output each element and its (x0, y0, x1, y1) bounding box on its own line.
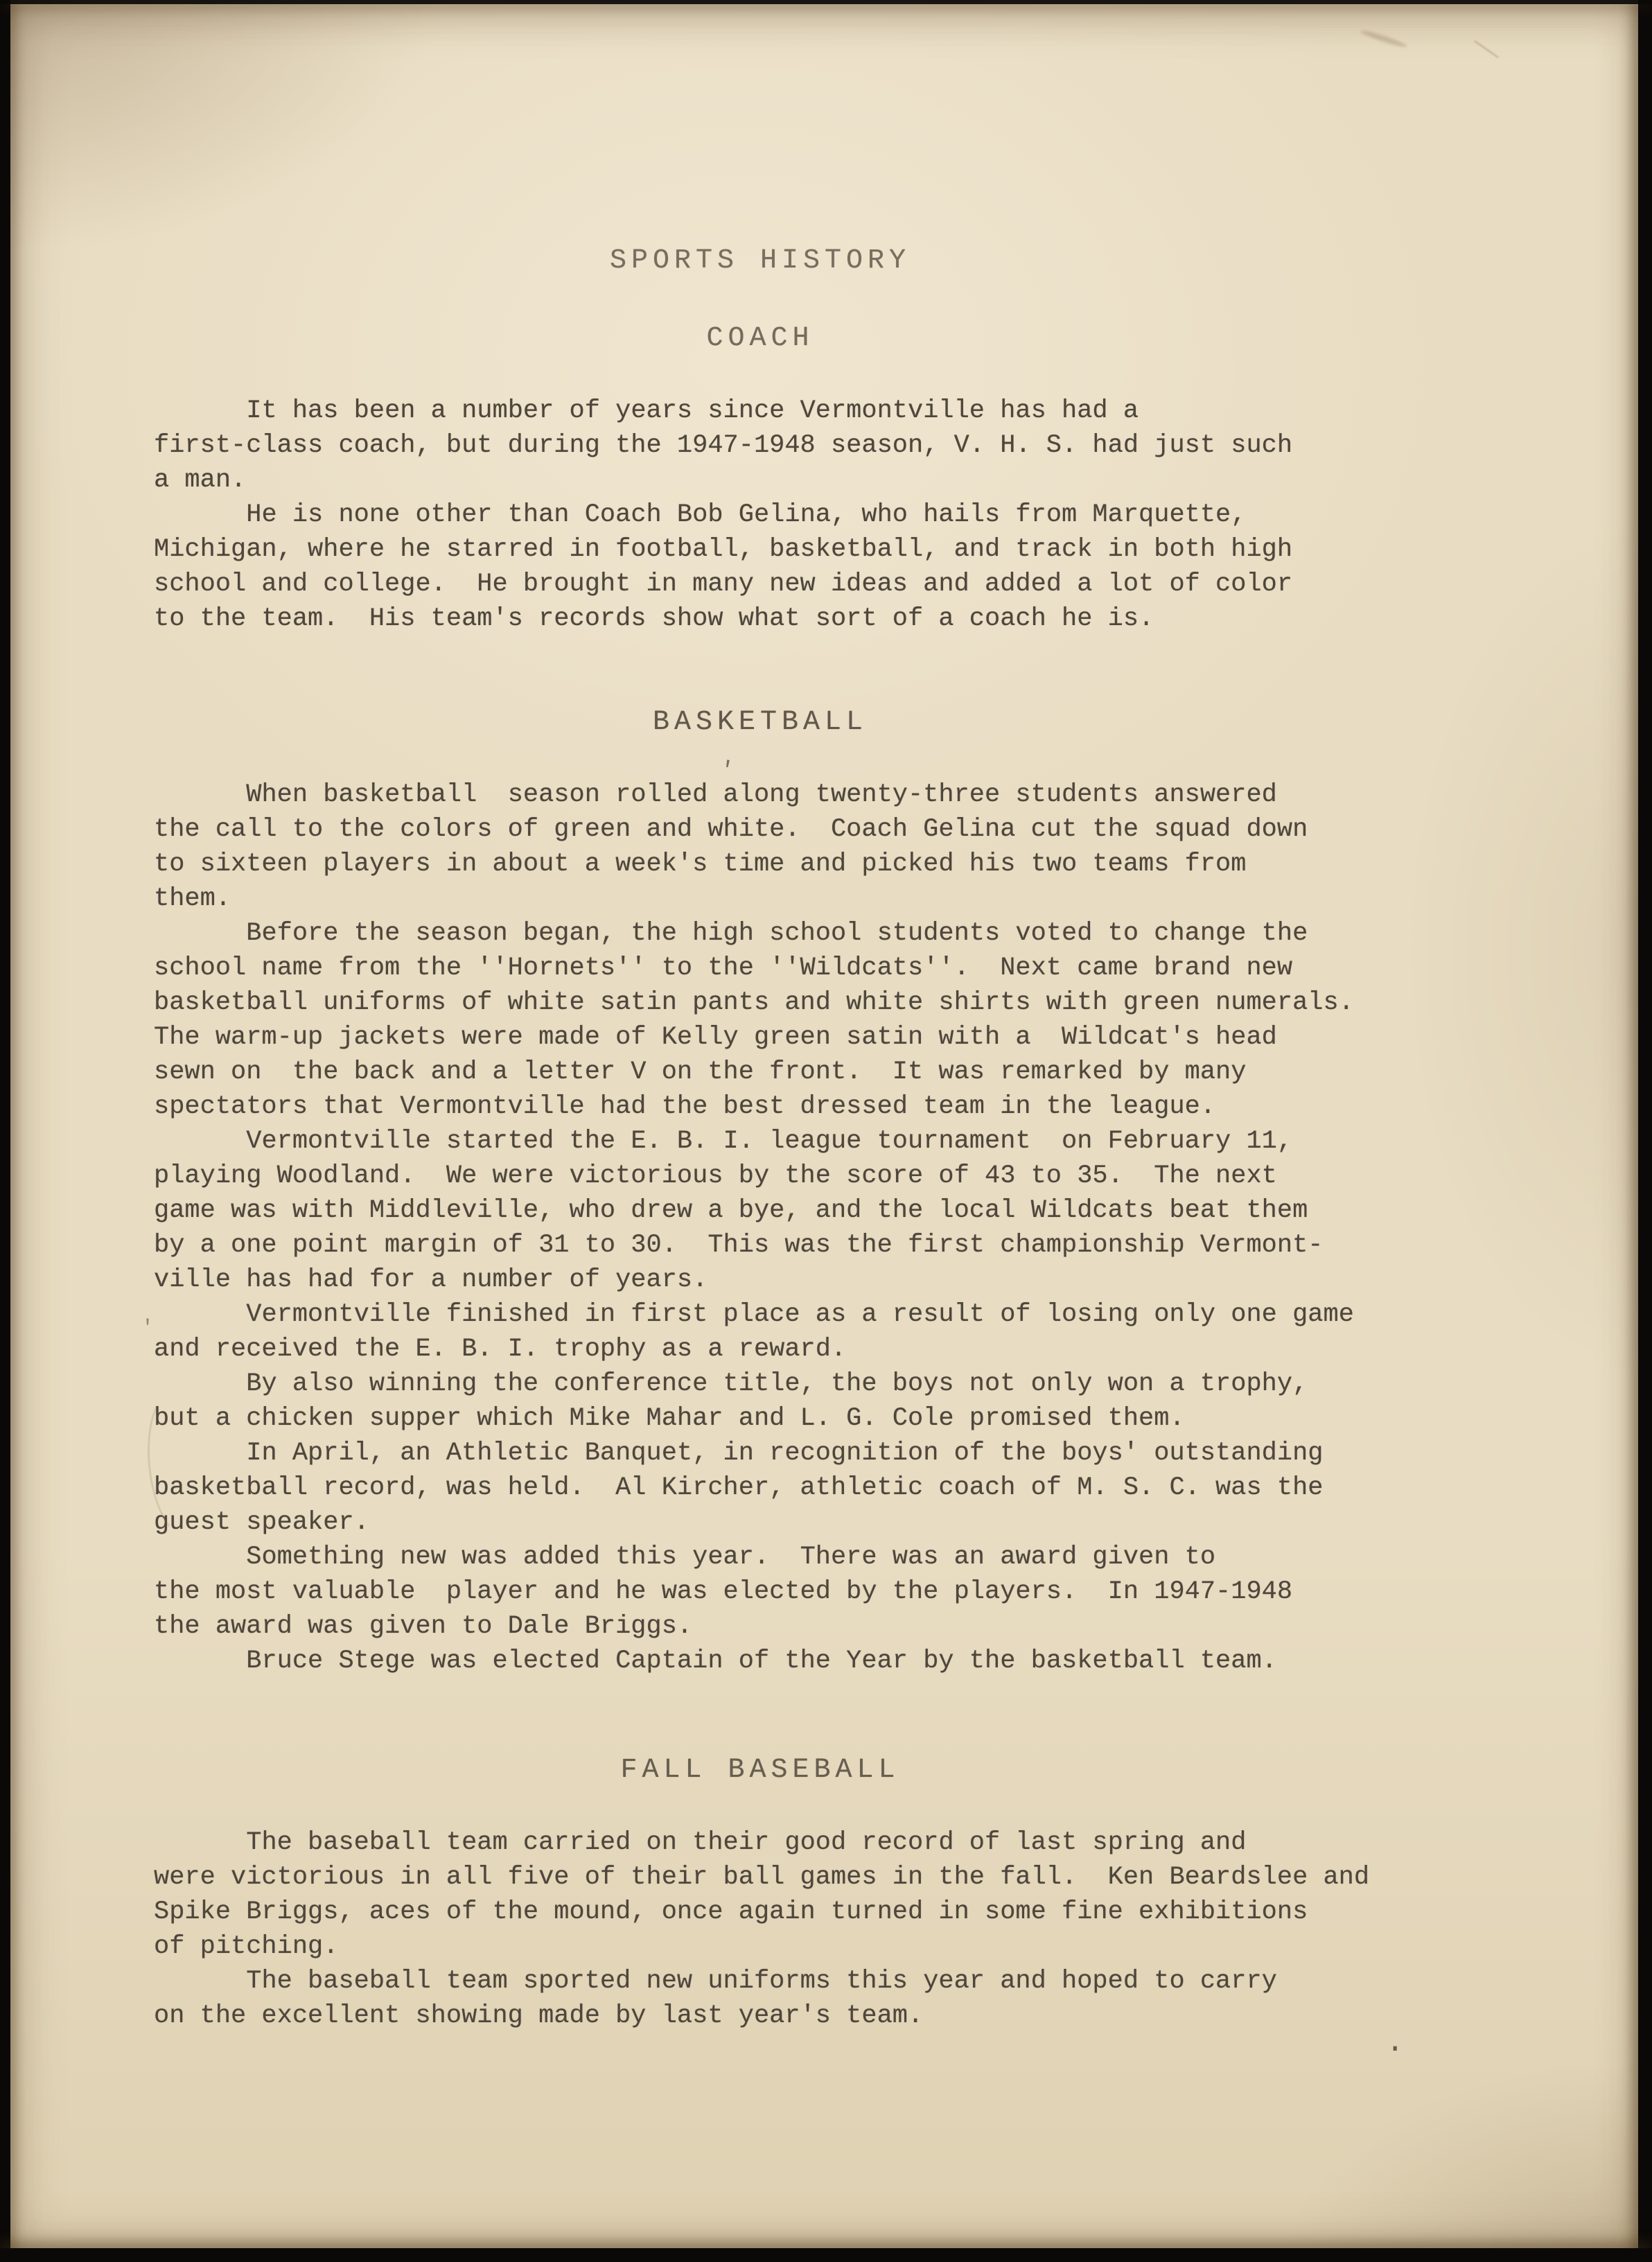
page-title: SPORTS HISTORY (85, 244, 1436, 279)
basketball-paragraph-4: Vermontville finished in first place as … (154, 1297, 1436, 1367)
basketball-paragraph-2: Before the season began, the high school… (154, 916, 1436, 1124)
coach-paragraph-2: He is none other than Coach Bob Gelina, … (154, 498, 1436, 636)
basketball-paragraph-7: Something new was added this year. There… (154, 1540, 1436, 1644)
section-heading-basketball: BASKETBALL (85, 705, 1436, 740)
section-heading-fall-baseball: FALL BASEBALL (85, 1753, 1436, 1788)
coach-paragraph-1: It has been a number of years since Verm… (154, 394, 1436, 498)
basketball-paragraph-1: When basketball season rolled along twen… (154, 778, 1436, 916)
basketball-paragraph-8: Bruce Stege was elected Captain of the Y… (154, 1644, 1436, 1678)
ink-dot-mark: . (1386, 2028, 1404, 2058)
scan-border-bottom (0, 2248, 1652, 2262)
basketball-paragraph-5: By also winning the conference title, th… (154, 1367, 1436, 1436)
scan-border-top (0, 0, 1652, 4)
fall-baseball-paragraph-1: The baseball team carried on their good … (154, 1825, 1436, 1964)
scanned-page: SPORTS HISTORY COACH It has been a numbe… (0, 0, 1652, 2262)
basketball-paragraph-3: Vermontville started the E. B. I. league… (154, 1124, 1436, 1297)
fall-baseball-paragraph-2: The baseball team sported new uniforms t… (154, 1964, 1436, 2033)
paper-fiber-mark (1474, 40, 1499, 58)
basketball-paragraph-6: In April, an Athletic Banquet, in recogn… (154, 1436, 1436, 1540)
scan-border-right (1638, 0, 1652, 2262)
page-content: SPORTS HISTORY COACH It has been a numbe… (154, 0, 1436, 2033)
scan-border-left (0, 0, 10, 2262)
stray-margin-mark: ' (141, 1318, 154, 1339)
section-heading-coach: COACH (85, 322, 1436, 356)
